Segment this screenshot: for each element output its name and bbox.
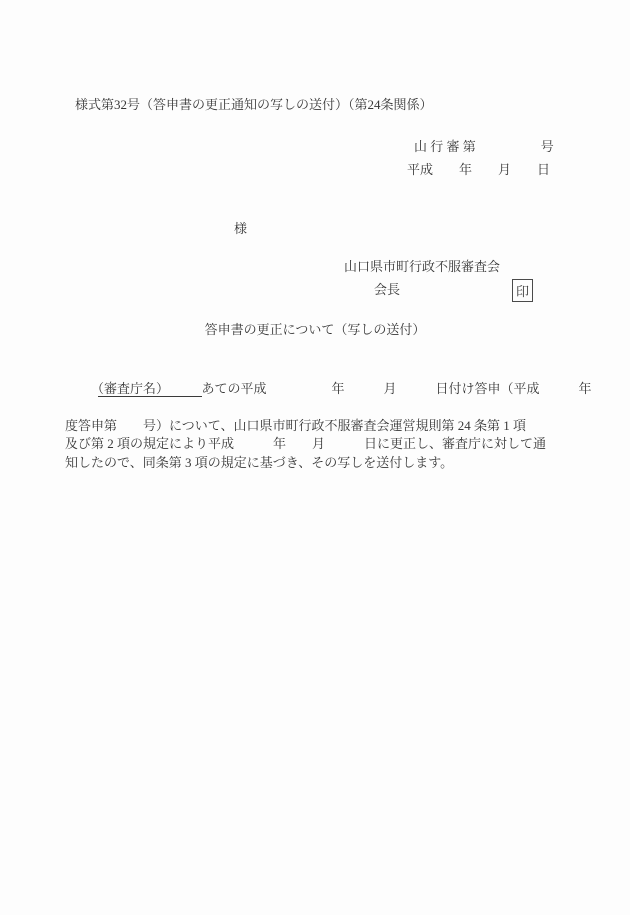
addressee-suffix: 様 (234, 221, 247, 236)
body-paragraph: （審査庁名） あての平成 年 月 日付け答申（平成 年 度答申第 号）について、… (65, 361, 569, 473)
body-line-3: 及び第 2 項の規定により平成 年 月 日に更正し、審査庁に対して通 (65, 435, 569, 454)
sender-title: 会長 (374, 282, 400, 297)
agency-name-blank: （審査庁名） (98, 381, 202, 397)
body-line-2: 度答申第 号）について、山口県市町行政不服審査会運営規則第 24 条第 1 項 (65, 417, 569, 436)
sender-organization: 山口県市町行政不服審査会 (344, 259, 500, 274)
body-line-1: （審査庁名） あての平成 年 月 日付け答申（平成 年 (65, 361, 569, 417)
subject-line: 答申書の更正について（写しの送付） (0, 319, 630, 338)
body-line-4: 知したので、同条第 3 項の規定に基づき、その写しを送付します。 (65, 454, 569, 473)
doc-number-line: 山 行 審 第 号 (414, 139, 554, 154)
document-page: 様式第32号（答申書の更正通知の写しの送付）（第24条関係） 山 行 審 第 号… (0, 0, 630, 915)
body-line-1-indent (85, 381, 98, 396)
form-number-label: 様式第32号（答申書の更正通知の写しの送付）（第24条関係） (75, 97, 433, 112)
seal-label: 印 (516, 281, 529, 300)
body-line-1-text: あての平成 年 月 日付け答申（平成 年 (202, 381, 592, 396)
seal-box: 印 (512, 279, 533, 302)
date-line: 平成 年 月 日 (407, 162, 550, 177)
